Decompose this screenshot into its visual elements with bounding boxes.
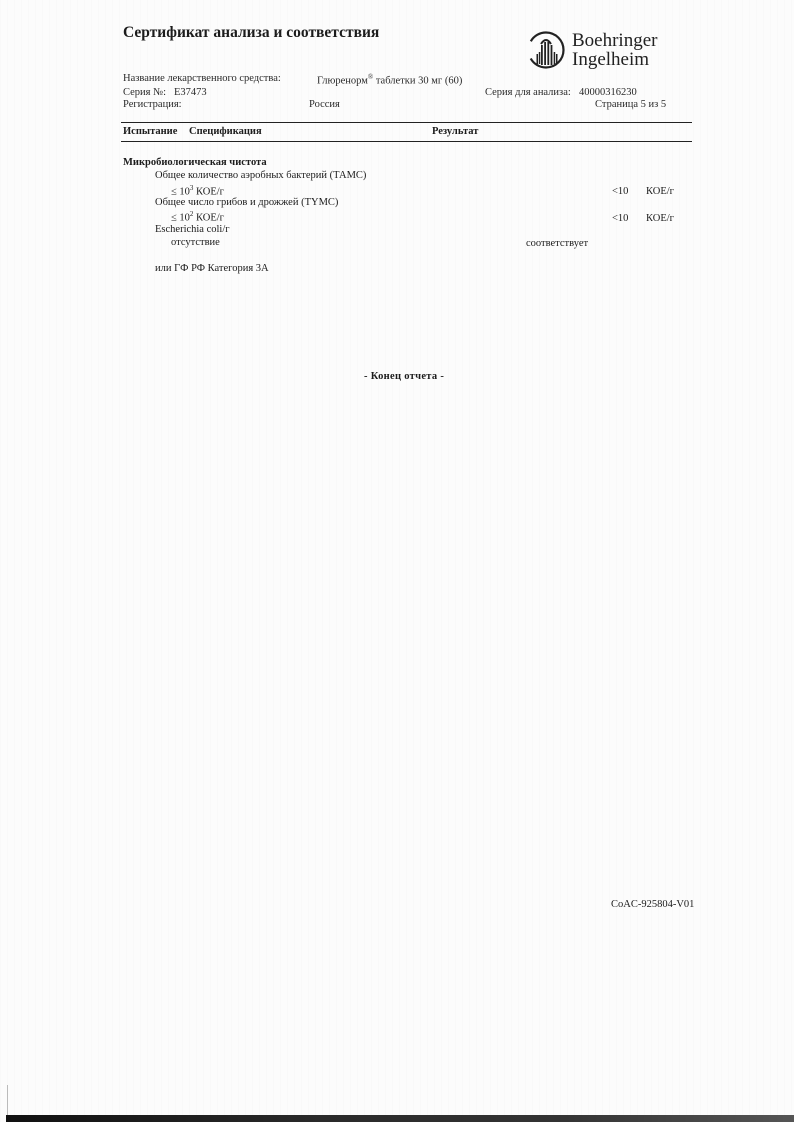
test-name: Escherichia coli/г xyxy=(155,224,230,235)
company-logo: Boehringer Ingelheim xyxy=(526,30,696,76)
table-top-rule xyxy=(121,122,692,123)
end-of-report: - Конец отчета - xyxy=(364,371,444,382)
test-spec: отсутствие xyxy=(171,237,220,248)
registration-label: Регистрация: xyxy=(123,99,182,110)
series-label: Серия №: xyxy=(123,87,166,98)
test-spec: ≤ 102 КОЕ/г xyxy=(171,210,224,224)
test-result-unit: КОЕ/г xyxy=(646,186,674,197)
test-result-value: <10 xyxy=(612,186,628,197)
test-name: Общее число грибов и дрожжей (ТYМС) xyxy=(155,197,338,208)
section-title: Микробиологическая чистота xyxy=(123,157,267,168)
test-name: Общее количество аэробных бактерий (ТАМС… xyxy=(155,170,366,181)
document-title: Сертификат анализа и соответствия xyxy=(123,24,379,42)
header-test: Испытание xyxy=(123,126,177,137)
page-number: Страница 5 из 5 xyxy=(595,99,666,110)
test-result-unit: КОЕ/г xyxy=(646,213,674,224)
test-result-value: <10 xyxy=(612,213,628,224)
product-label: Название лекарственного средства: xyxy=(123,73,281,84)
header-spec: Спецификация xyxy=(189,126,262,137)
test-spec: ≤ 103 КОЕ/г xyxy=(171,184,224,198)
product-value: Глюренорм® таблетки 30 мг (60) xyxy=(317,73,462,87)
document-id: CoAC-925804-V01 xyxy=(611,899,694,910)
document-page: Сертификат анализа и соответствия Boehri… xyxy=(0,0,794,1122)
registration-value: Россия xyxy=(309,99,340,110)
analysis-series-value: 40000316230 xyxy=(579,87,637,98)
scan-bottom-edge xyxy=(6,1115,794,1122)
table-header-rule xyxy=(121,141,692,142)
pharmacopoeia-note: или ГФ РФ Категория 3А xyxy=(155,263,269,274)
test-result: соответствует xyxy=(526,238,588,249)
scan-edge xyxy=(7,1085,8,1115)
boehringer-tower-logo-icon xyxy=(526,30,566,70)
series-value: E37473 xyxy=(174,87,207,98)
logo-text: Boehringer Ingelheim xyxy=(572,31,657,69)
header-result: Результат xyxy=(432,126,478,137)
analysis-series-label: Серия для анализа: xyxy=(485,87,571,98)
